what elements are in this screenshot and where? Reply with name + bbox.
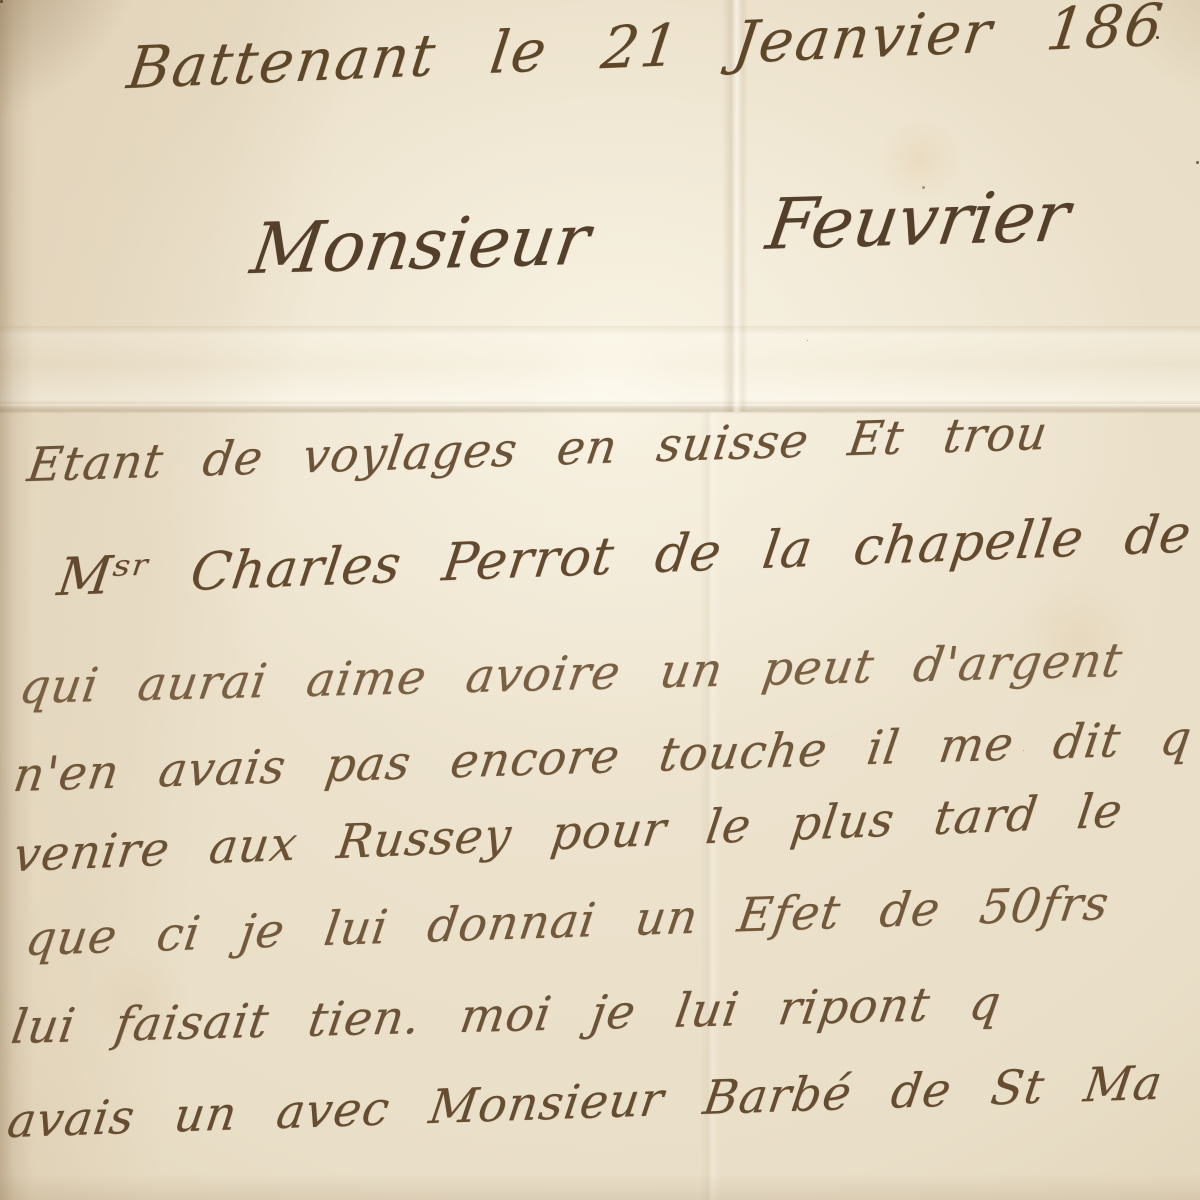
ink-specks <box>0 0 3 3</box>
salutation-name: Feuvrier <box>761 175 1075 266</box>
photographed-letter: Battenant le 21 Jeanvier 186 Monsieur Fe… <box>0 0 1200 1200</box>
salutation-monsieur: Monsieur <box>246 198 595 290</box>
